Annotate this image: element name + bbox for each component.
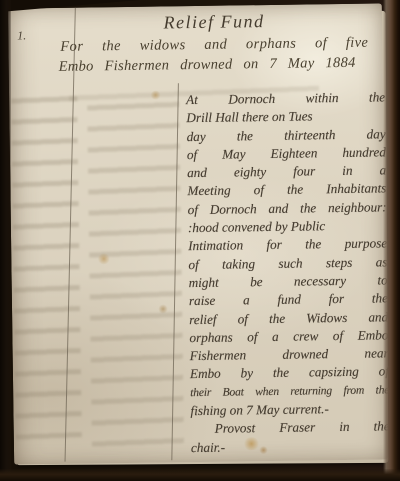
minutes-line: their Boat when returning from the xyxy=(190,381,389,402)
minutes-line: raise a fund for the xyxy=(189,290,388,311)
ink-bleedthrough-middle-column xyxy=(87,92,184,455)
foxing-stain xyxy=(158,304,168,313)
heading-title: Relief Fund xyxy=(100,10,328,34)
book-edge-bottom xyxy=(0,469,400,481)
minutes-line: Intimation for the purpose xyxy=(188,235,387,256)
minutes-line: Meeting of the Inhabitants xyxy=(187,180,386,201)
minutes-line: of Dornoch and the neighbour: xyxy=(188,198,387,219)
minutes-line: At Dornoch within the xyxy=(186,88,385,109)
minutes-line: Embo by the capsizing of xyxy=(190,363,389,384)
ledger-page: 1. Relief Fund For the widows and orphan… xyxy=(8,3,388,464)
minutes-line: Provost Fraser in the xyxy=(191,418,390,439)
heading-subtitle-line2: Embo Fishermen drowned on 7 May 1884 xyxy=(59,55,356,76)
heading-subtitle-line1: For the widows and orphans of five xyxy=(60,35,368,56)
minutes-text-block: At Dornoch within the Drill Hall there o… xyxy=(186,88,390,457)
minutes-line: chair.- xyxy=(191,436,390,457)
book-photo: 1. Relief Fund For the widows and orphan… xyxy=(0,0,400,481)
page-number: 1. xyxy=(17,28,26,43)
